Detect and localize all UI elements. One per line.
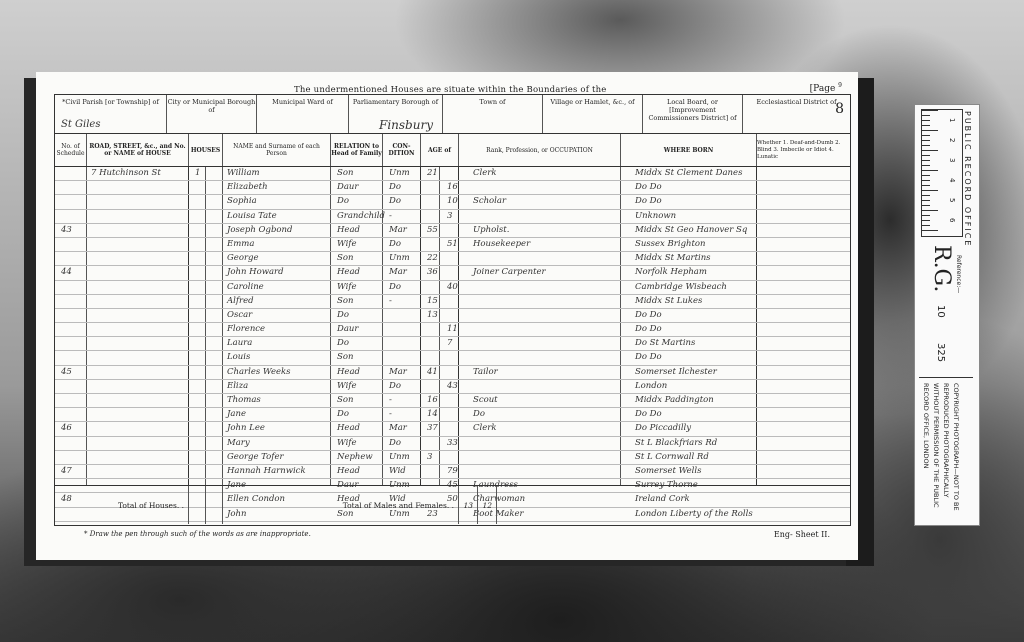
table-row: 45Charles WeeksHeadMar41TailorSomerset I… bbox=[55, 366, 850, 380]
cell-male: 14 bbox=[427, 409, 438, 419]
cell-male: 3 bbox=[427, 452, 432, 462]
cell-name: Florence bbox=[227, 324, 265, 334]
cell-name: Elizabeth bbox=[227, 182, 268, 192]
sheet-label: Eng- Sheet II. bbox=[774, 530, 830, 539]
field-town: Town of bbox=[443, 95, 543, 133]
ruler-tick bbox=[922, 230, 938, 231]
table-row: Louisa TateGrandchild-3Unknown bbox=[55, 210, 850, 224]
cell-relation: Son bbox=[337, 296, 353, 306]
cell-schedule: 43 bbox=[61, 225, 72, 235]
ruler-number: 1 bbox=[948, 118, 956, 122]
cell-relation: Do bbox=[337, 196, 349, 206]
cell-schedule: 46 bbox=[61, 423, 72, 433]
archive-reference-strip: 123456 PUBLIC RECORD OFFICE Reference:— … bbox=[914, 104, 980, 526]
table-row: EmmaWifeDo51HousekeeperSussex Brighton bbox=[55, 238, 850, 252]
cell-condition: Do bbox=[389, 438, 401, 448]
cell-condition: - bbox=[389, 296, 392, 306]
cell-relation: Wife bbox=[337, 282, 356, 292]
cell-relation: Head bbox=[337, 423, 360, 433]
cell-born: Do Do bbox=[635, 196, 662, 206]
cell-name: Alfred bbox=[227, 296, 254, 306]
ruler-number: 6 bbox=[948, 218, 956, 222]
ruler-tick bbox=[922, 195, 930, 196]
cell-born: Sussex Brighton bbox=[635, 239, 706, 249]
cell-male: 41 bbox=[427, 367, 438, 377]
cell-name: Jane bbox=[227, 409, 246, 419]
cell-male: 21 bbox=[427, 168, 438, 178]
cell-born: St L Blackfriars Rd bbox=[635, 438, 717, 448]
boundary-fields: *Civil Parish [or Township] ofSt Giles C… bbox=[55, 95, 850, 134]
cell-relation: Son bbox=[337, 253, 353, 263]
cell-female: 11 bbox=[447, 324, 458, 334]
cell-born: Cambridge Wisbeach bbox=[635, 282, 727, 292]
cell-male: 15 bbox=[427, 296, 438, 306]
cell-condition: Do bbox=[389, 239, 401, 249]
cell-condition: Mar bbox=[389, 267, 407, 277]
cell-name: George bbox=[227, 253, 258, 263]
cell-born: Do Do bbox=[635, 310, 662, 320]
col-whether: Whether 1. Deaf-and-Dumb 2. Blind 3. Imb… bbox=[757, 134, 850, 166]
cell-born: Middx St Lukes bbox=[635, 296, 702, 306]
cell-schedule: 44 bbox=[61, 267, 72, 277]
cell-female: 16 bbox=[447, 182, 458, 192]
cell-name: Charles Weeks bbox=[227, 367, 291, 377]
ruler-tick bbox=[922, 175, 930, 176]
cell-condition: Do bbox=[389, 196, 401, 206]
cell-condition: - bbox=[389, 409, 392, 419]
page-number: [Page 9 bbox=[810, 82, 842, 94]
reference-folio: 325 bbox=[935, 343, 946, 362]
cell-name: John Howard bbox=[227, 267, 284, 277]
cell-occupation: Scout bbox=[473, 395, 498, 405]
cell-relation: Do bbox=[337, 338, 349, 348]
table-row: OscarDo13Do Do bbox=[55, 309, 850, 323]
table-row: CarolineWifeDo40Cambridge Wisbeach bbox=[55, 281, 850, 295]
ruler-tick bbox=[922, 190, 938, 191]
cell-condition: Do bbox=[389, 282, 401, 292]
ruler: 123456 bbox=[921, 109, 963, 237]
ruler-tick bbox=[922, 160, 930, 161]
cell-name: Joseph Ogbond bbox=[227, 225, 292, 235]
cell-female: 33 bbox=[447, 438, 458, 448]
field-ecclesiastical-district: Ecclesiastical District of8 bbox=[743, 95, 850, 133]
archive-office: PUBLIC RECORD OFFICE bbox=[963, 111, 972, 247]
ruler-tick bbox=[922, 165, 930, 166]
table-row: SophiaDoDo10ScholarDo Do bbox=[55, 195, 850, 209]
col-address: ROAD, STREET, &c., and No. or NAME of HO… bbox=[87, 134, 189, 166]
cell-female: 40 bbox=[447, 282, 458, 292]
table-row: ThomasSon-16ScoutMiddx Paddington bbox=[55, 394, 850, 408]
cell-condition: Do bbox=[389, 182, 401, 192]
cell-relation: Wife bbox=[337, 239, 356, 249]
cell-occupation: Housekeeper bbox=[473, 239, 530, 249]
cell-born: Somerset Wells bbox=[635, 466, 701, 476]
cell-male: 22 bbox=[427, 253, 438, 263]
ruler-tick bbox=[922, 215, 930, 216]
cell-relation: Son bbox=[337, 168, 353, 178]
field-civil-parish: *Civil Parish [or Township] ofSt Giles bbox=[55, 95, 167, 133]
ruler-number: 3 bbox=[948, 158, 956, 162]
cell-relation: Wife bbox=[337, 438, 356, 448]
ruler-tick bbox=[922, 150, 938, 151]
cell-occupation: Upholst. bbox=[473, 225, 509, 235]
ruler-tick bbox=[922, 110, 938, 111]
cell-relation: Wife bbox=[337, 381, 356, 391]
cell-relation: Nephew bbox=[337, 452, 373, 462]
cell-born: Do Do bbox=[635, 182, 662, 192]
col-schedule: No. of Schedule bbox=[55, 134, 87, 166]
cell-born: Middx St Geo Hanover Sq bbox=[635, 225, 747, 235]
cell-occupation: Joiner Carpenter bbox=[473, 267, 546, 277]
col-houses: HOUSES bbox=[189, 134, 223, 166]
table-row: 47Hannah HarnwickHeadWid79Somerset Wells bbox=[55, 465, 850, 479]
table-row: 43Joseph OgbondHeadMar55Upholst.Middx St… bbox=[55, 224, 850, 238]
cell-condition: Mar bbox=[389, 423, 407, 433]
cell-name: Oscar bbox=[227, 310, 252, 320]
cell-female: 79 bbox=[447, 466, 458, 476]
ruler-tick bbox=[922, 120, 930, 121]
cell-relation: Head bbox=[337, 367, 360, 377]
cell-female: 51 bbox=[447, 239, 458, 249]
ruler-number: 2 bbox=[948, 138, 956, 142]
cell-born: Middx St Martins bbox=[635, 253, 711, 263]
cell-female: 3 bbox=[447, 211, 452, 221]
total-males: 13 bbox=[459, 486, 478, 524]
ruler-number: 4 bbox=[948, 178, 956, 182]
cell-female: 10 bbox=[447, 196, 458, 206]
reference-piece: 10 bbox=[935, 305, 946, 318]
ruler-tick bbox=[922, 210, 938, 211]
ruler-tick bbox=[922, 125, 930, 126]
table-row: JaneDo-14DoDo Do bbox=[55, 408, 850, 422]
cell-male: 16 bbox=[427, 395, 438, 405]
table-row: 46John LeeHeadMar37ClerkDo Piccadilly bbox=[55, 422, 850, 436]
cell-relation: Do bbox=[337, 409, 349, 419]
cell-condition: Mar bbox=[389, 367, 407, 377]
cell-name: Louis bbox=[227, 352, 250, 362]
entry-rows: 7 Hutchinson St1WilliamSonUnm21ClerkMidd… bbox=[55, 167, 850, 522]
cell-born: Do St Martins bbox=[635, 338, 695, 348]
table-row: AlfredSon-15Middx St Lukes bbox=[55, 295, 850, 309]
cell-condition: Unm bbox=[389, 253, 410, 263]
cell-name: Caroline bbox=[227, 282, 264, 292]
col-relation: RELATION to Head of Family bbox=[331, 134, 383, 166]
table-row: George ToferNephewUnm3St L Cornwall Rd bbox=[55, 451, 850, 465]
col-age: AGE of bbox=[421, 134, 459, 166]
total-persons-label: Total of Males and Females. . bbox=[223, 486, 459, 524]
table-row: ElizaWifeDo43London bbox=[55, 380, 850, 394]
total-houses-label: Total of Houses. . bbox=[55, 486, 189, 524]
cell-born: Somerset Ilchester bbox=[635, 367, 717, 377]
cell-relation: Head bbox=[337, 225, 360, 235]
cell-occupation: Clerk bbox=[473, 423, 496, 433]
copyright-notice: COPYRIGHT PHOTOGRAPH—NOT TO BE REPRODUCE… bbox=[921, 383, 961, 519]
cell-female: 7 bbox=[447, 338, 452, 348]
cell-relation: Daur bbox=[337, 324, 358, 334]
cell-born: London bbox=[635, 381, 667, 391]
cell-occupation: Do bbox=[473, 409, 485, 419]
cell-male: 37 bbox=[427, 423, 438, 433]
table-row: LouisSonDo Do bbox=[55, 351, 850, 365]
ruler-tick bbox=[922, 145, 930, 146]
ruler-tick bbox=[922, 180, 930, 181]
ruler-tick bbox=[922, 135, 930, 136]
ruler-tick bbox=[922, 170, 938, 171]
footnote: * Draw the pen through such of the words… bbox=[84, 530, 311, 538]
ruler-tick bbox=[922, 140, 930, 141]
cell-born: Middx Paddington bbox=[635, 395, 714, 405]
table-row: 44John HowardHeadMar36Joiner CarpenterNo… bbox=[55, 266, 850, 280]
totals-row: Total of Houses. . Total of Males and Fe… bbox=[55, 485, 850, 524]
ruler-tick bbox=[922, 205, 930, 206]
cell-born: Unknown bbox=[635, 211, 676, 221]
census-form: *Civil Parish [or Township] ofSt Giles C… bbox=[54, 94, 851, 526]
cell-name: Sophia bbox=[227, 196, 257, 206]
cell-name: Laura bbox=[227, 338, 252, 348]
field-parliamentary-borough: Parliamentary Borough ofFinsbury bbox=[349, 95, 443, 133]
cell-relation: Grandchild bbox=[337, 211, 385, 221]
cell-name: Eliza bbox=[227, 381, 248, 391]
ruler-number: 5 bbox=[948, 198, 956, 202]
col-where-born: WHERE BORN bbox=[621, 134, 757, 166]
cell-condition: - bbox=[389, 395, 392, 405]
cell-relation: Daur bbox=[337, 182, 358, 192]
cell-name: John Lee bbox=[227, 423, 265, 433]
field-local-board: Local Board, or [Improvement Commissione… bbox=[643, 95, 743, 133]
table-row: LauraDo7Do St Martins bbox=[55, 337, 850, 351]
cell-born: Do Piccadilly bbox=[635, 423, 691, 433]
cell-born: St L Cornwall Rd bbox=[635, 452, 709, 462]
cell-occupation: Tailor bbox=[473, 367, 498, 377]
cell-relation: Son bbox=[337, 352, 353, 362]
reference-label: Reference:— bbox=[955, 255, 962, 293]
cell-male: 36 bbox=[427, 267, 438, 277]
cell-name: Mary bbox=[227, 438, 250, 448]
cell-relation: Do bbox=[337, 310, 349, 320]
cell-schedule: 45 bbox=[61, 367, 72, 377]
ruler-tick bbox=[922, 200, 930, 201]
cell-male: 13 bbox=[427, 310, 438, 320]
cell-inhab: 1 bbox=[195, 168, 200, 178]
cell-occupation: Clerk bbox=[473, 168, 496, 178]
total-females: 12 bbox=[478, 486, 497, 524]
cell-schedule: 47 bbox=[61, 466, 72, 476]
table-row: FlorenceDaur11Do Do bbox=[55, 323, 850, 337]
census-entries: 7 Hutchinson St1WilliamSonUnm21ClerkMidd… bbox=[55, 167, 850, 485]
ruler-tick bbox=[922, 185, 930, 186]
ruler-tick bbox=[922, 220, 930, 221]
table-row: 7 Hutchinson St1WilliamSonUnm21ClerkMidd… bbox=[55, 167, 850, 181]
cell-condition: Wid bbox=[389, 466, 406, 476]
cell-male: 55 bbox=[427, 225, 438, 235]
cell-condition: - bbox=[389, 211, 392, 221]
field-village: Village or Hamlet, &c., of bbox=[543, 95, 643, 133]
field-ward: Municipal Ward of bbox=[257, 95, 349, 133]
table-row: GeorgeSonUnm22Middx St Martins bbox=[55, 252, 850, 266]
cell-relation: Son bbox=[337, 395, 353, 405]
reference-series: R.G. bbox=[929, 245, 954, 292]
cell-relation: Head bbox=[337, 267, 360, 277]
cell-born: Norfolk Hepham bbox=[635, 267, 707, 277]
col-name: NAME and Surname of each Person bbox=[223, 134, 331, 166]
cell-condition: Unm bbox=[389, 452, 410, 462]
ruler-tick bbox=[922, 130, 938, 131]
ruler-tick bbox=[922, 225, 930, 226]
cell-condition: Unm bbox=[389, 168, 410, 178]
col-condition: CON-DITION bbox=[383, 134, 421, 166]
ruler-tick bbox=[922, 155, 930, 156]
cell-name: Emma bbox=[227, 239, 254, 249]
cell-born: Middx St Clement Danes bbox=[635, 168, 742, 178]
cell-condition: Mar bbox=[389, 225, 407, 235]
cell-born: Do Do bbox=[635, 352, 662, 362]
cell-name: Louisa Tate bbox=[227, 211, 277, 221]
census-sheet: The undermentioned Houses are situate wi… bbox=[36, 72, 858, 560]
field-city: City or Municipal Borough of bbox=[167, 95, 257, 133]
cell-relation: Head bbox=[337, 466, 360, 476]
cell-name: Thomas bbox=[227, 395, 261, 405]
table-row: MaryWifeDo33St L Blackfriars Rd bbox=[55, 437, 850, 451]
column-headers: No. of Schedule ROAD, STREET, &c., and N… bbox=[55, 134, 850, 167]
cell-condition: Do bbox=[389, 381, 401, 391]
cell-female: 43 bbox=[447, 381, 458, 391]
cell-born: Do Do bbox=[635, 409, 662, 419]
cell-name: Hannah Harnwick bbox=[227, 466, 306, 476]
ruler-tick bbox=[922, 115, 930, 116]
cell-name: William bbox=[227, 168, 260, 178]
col-occupation: Rank, Profession, or OCCUPATION bbox=[459, 134, 621, 166]
cell-occupation: Scholar bbox=[473, 196, 506, 206]
cell-address: 7 Hutchinson St bbox=[91, 168, 161, 178]
cell-born: Do Do bbox=[635, 324, 662, 334]
table-row: ElizabethDaurDo16Do Do bbox=[55, 181, 850, 195]
cell-name: George Tofer bbox=[227, 452, 284, 462]
